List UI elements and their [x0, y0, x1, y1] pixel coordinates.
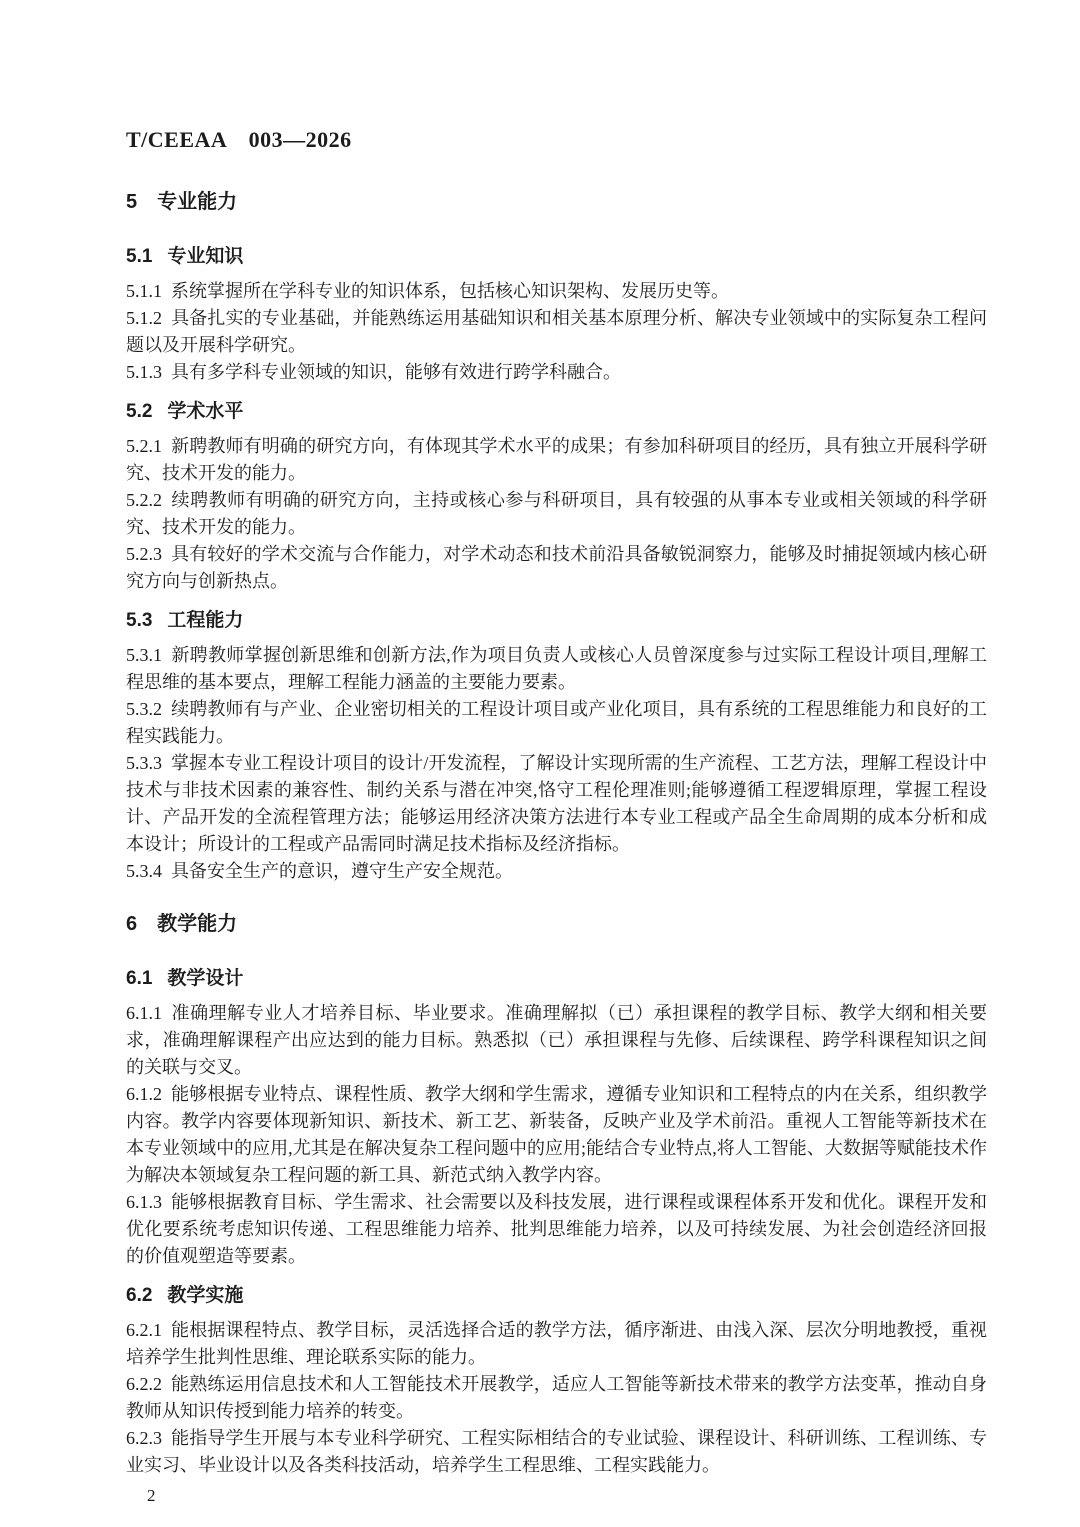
section-6-2-number: 6.2: [126, 1284, 152, 1308]
clause-6-1-3-text: 能够根据教育目标、学生需求、社会需要以及科技发展，进行课程或课程体系开发和优化。…: [126, 1192, 987, 1266]
clause-6-2-2: 6.2.2能熟练运用信息技术和人工智能技术开展教学，适应人工智能等新技术带来的教…: [126, 1371, 987, 1425]
section-5-1-title: 专业知识: [167, 246, 243, 267]
clause-6-2-2-number: 6.2.2: [126, 1374, 162, 1394]
chapter-5-number: 5: [126, 189, 137, 215]
clause-5-1-2: 5.1.2具备扎实的专业基础，并能熟练运用基础知识和相关基本原理分析、解决专业领…: [126, 305, 987, 359]
clause-5-3-2: 5.3.2续聘教师有与产业、企业密切相关的工程设计项目或产业化项目，具有系统的工…: [126, 696, 987, 750]
section-5-1-number: 5.1: [126, 245, 152, 269]
clause-5-3-4: 5.3.4具备安全生产的意识，遵守生产安全规范。: [126, 858, 987, 885]
clause-5-2-2-text: 续聘教师有明确的研究方向，主持或核心参与科研项目，具有较强的从事本专业或相关领域…: [126, 490, 987, 537]
clause-5-2-1-text: 新聘教师有明确的研究方向，有体现其学术水平的成果；有参加科研项目的经历，具有独立…: [126, 436, 987, 483]
clause-5-3-1-number: 5.3.1: [126, 645, 162, 665]
clause-5-2-3: 5.2.3具有较好的学术交流与合作能力，对学术动态和技术前沿具备敏锐洞察力，能够…: [126, 541, 987, 595]
section-heading-5-1: 5.1专业知识: [126, 245, 987, 269]
clause-5-3-3-text: 掌握本专业工程设计项目的设计/开发流程，了解设计实现所需的生产流程、工艺方法，理…: [126, 753, 987, 854]
clause-5-1-1-text: 系统掌握所在学科专业的知识体系，包括核心知识架构、发展历史等。: [171, 281, 729, 301]
clause-5-1-3-number: 5.1.3: [126, 362, 162, 382]
clause-5-2-3-text: 具有较好的学术交流与合作能力，对学术动态和技术前沿具备敏锐洞察力，能够及时捕捉领…: [126, 544, 987, 591]
clause-6-1-1: 6.1.1准确理解专业人才培养目标、毕业要求。准确理解拟（已）承担课程的教学目标…: [126, 1000, 987, 1081]
section-5-2-number: 5.2: [126, 400, 152, 424]
clause-6-1-1-number: 6.1.1: [126, 1003, 162, 1023]
clause-6-1-3-number: 6.1.3: [126, 1192, 162, 1212]
clause-6-2-3-text: 能指导学生开展与本专业科学研究、工程实际相结合的专业试验、课程设计、科研训练、工…: [126, 1428, 987, 1475]
clause-6-1-1-text: 准确理解专业人才培养目标、毕业要求。准确理解拟（已）承担课程的教学目标、教学大纲…: [126, 1003, 987, 1077]
clause-5-2-3-number: 5.2.3: [126, 544, 162, 564]
clause-6-1-2-text: 能够根据专业特点、课程性质、教学大纲和学生需求，遵循专业知识和工程特点的内在关系…: [126, 1084, 987, 1185]
clause-5-3-1-text: 新聘教师掌握创新思维和创新方法,作为项目负责人或核心人员曾深度参与过实际工程设计…: [126, 645, 987, 692]
section-heading-6-1: 6.1教学设计: [126, 967, 987, 991]
clause-5-3-2-number: 5.3.2: [126, 699, 162, 719]
section-heading-5-3: 5.3工程能力: [126, 609, 987, 633]
chapter-6-heading: 6教学能力: [126, 911, 987, 937]
document-header: T/CEEAA 003—2026: [126, 127, 987, 153]
clause-6-1-2: 6.1.2能够根据专业特点、课程性质、教学大纲和学生需求，遵循专业知识和工程特点…: [126, 1081, 987, 1189]
page-footer: 2: [126, 1483, 987, 1509]
section-6-1-title: 教学设计: [167, 968, 243, 989]
clause-5-2-1-number: 5.2.1: [126, 436, 162, 456]
document-page: T/CEEAA 003—2026 5专业能力 5.1专业知识 5.1.1系统掌握…: [0, 0, 1080, 1527]
section-5-2-title: 学术水平: [167, 401, 243, 422]
section-6-1-number: 6.1: [126, 967, 152, 991]
chapter-5-heading: 5专业能力: [126, 189, 987, 215]
clause-5-3-3: 5.3.3掌握本专业工程设计项目的设计/开发流程，了解设计实现所需的生产流程、工…: [126, 750, 987, 858]
chapter-6-number: 6: [126, 911, 137, 937]
clause-6-2-1-text: 能根据课程特点、教学目标，灵活选择合适的教学方法，循序渐进、由浅入深、层次分明地…: [126, 1320, 987, 1367]
clause-5-3-2-text: 续聘教师有与产业、企业密切相关的工程设计项目或产业化项目，具有系统的工程思维能力…: [126, 699, 987, 746]
clause-5-1-2-text: 具备扎实的专业基础，并能熟练运用基础知识和相关基本原理分析、解决专业领域中的实际…: [126, 308, 987, 355]
clause-5-2-2: 5.2.2续聘教师有明确的研究方向，主持或核心参与科研项目，具有较强的从事本专业…: [126, 487, 987, 541]
clause-5-3-4-number: 5.3.4: [126, 861, 162, 881]
clause-6-2-3-number: 6.2.3: [126, 1428, 162, 1448]
clause-5-1-1: 5.1.1系统掌握所在学科专业的知识体系，包括核心知识架构、发展历史等。: [126, 278, 987, 305]
clause-6-1-3: 6.1.3能够根据教育目标、学生需求、社会需要以及科技发展，进行课程或课程体系开…: [126, 1189, 987, 1270]
clause-6-1-2-number: 6.1.2: [126, 1084, 162, 1104]
clause-6-2-1-number: 6.2.1: [126, 1320, 162, 1340]
clause-5-3-3-number: 5.3.3: [126, 753, 162, 773]
clause-5-1-2-number: 5.1.2: [126, 308, 162, 328]
section-6-2-title: 教学实施: [167, 1285, 243, 1306]
section-heading-6-2: 6.2教学实施: [126, 1284, 987, 1308]
doc-number: T/CEEAA 003—2026: [126, 127, 352, 152]
clause-5-3-4-text: 具备安全生产的意识，遵守生产安全规范。: [171, 861, 513, 881]
chapter-6-title: 教学能力: [157, 913, 237, 935]
clause-5-1-3-text: 具有多学科专业领域的知识，能够有效进行跨学科融合。: [171, 362, 621, 382]
section-heading-5-2: 5.2学术水平: [126, 400, 987, 424]
section-5-3-number: 5.3: [126, 609, 152, 633]
clause-5-1-3: 5.1.3具有多学科专业领域的知识，能够有效进行跨学科融合。: [126, 359, 987, 386]
clause-5-2-1: 5.2.1新聘教师有明确的研究方向，有体现其学术水平的成果；有参加科研项目的经历…: [126, 433, 987, 487]
clause-5-2-2-number: 5.2.2: [126, 490, 162, 510]
clause-5-1-1-number: 5.1.1: [126, 281, 162, 301]
clause-6-2-1: 6.2.1能根据课程特点、教学目标，灵活选择合适的教学方法，循序渐进、由浅入深、…: [126, 1317, 987, 1371]
chapter-5-title: 专业能力: [157, 191, 237, 213]
clause-6-2-3: 6.2.3能指导学生开展与本专业科学研究、工程实际相结合的专业试验、课程设计、科…: [126, 1425, 987, 1479]
clause-5-3-1: 5.3.1新聘教师掌握创新思维和创新方法,作为项目负责人或核心人员曾深度参与过实…: [126, 642, 987, 696]
clause-6-2-2-text: 能熟练运用信息技术和人工智能技术开展教学，适应人工智能等新技术带来的教学方法变革…: [126, 1374, 987, 1421]
page-number: 2: [147, 1486, 156, 1505]
section-5-3-title: 工程能力: [167, 610, 243, 631]
